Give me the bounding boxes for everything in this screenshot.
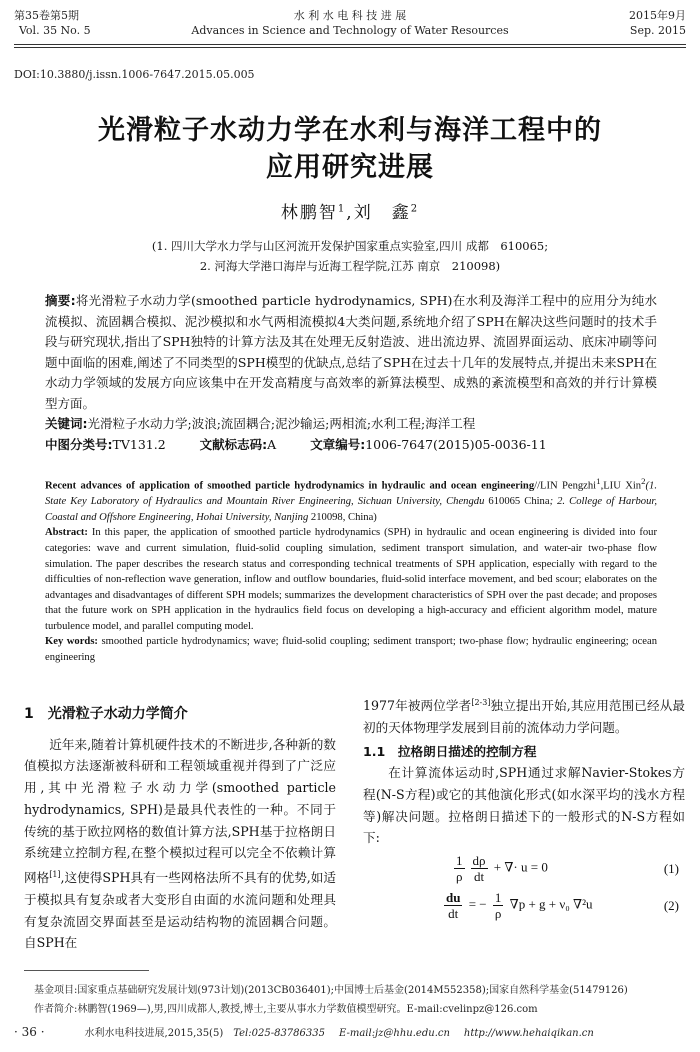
header-journal-cn: 水 利 水 电 科 技 进 展 [0,8,700,23]
doi: DOI:10.3880/j.issn.1006-7647.2015.05.005 [14,68,255,81]
author-separator: , [346,203,353,223]
paragraph-intro-text: 近年来,随着计算机硬件技术的不断进步,各种新的数值模拟方法逐渐被科研和工程领域重… [24,737,336,885]
subsection-title: 拉格朗日描述的控制方程 [398,744,537,759]
en-abstract-label: Abstract: [45,527,88,538]
en-affil-2-zip: 210098, China) [311,512,377,523]
abstract-cn: 摘要:将光滑粒子水动力学(smoothed particle hydrodyna… [45,291,657,414]
footnote-funding: 基金项目:国家重点基础研究发展计划(973计划)(2013CB036401);中… [34,983,628,998]
section-1-heading: 1 光滑粒子水动力学简介 [24,704,336,726]
subsection-1-1-heading: 1.1 拉格朗日描述的控制方程 [363,741,685,763]
keywords-cn-text: 光滑粒子水动力学;波浪;流固耦合;泥沙输运;两相流;水利工程;海洋工程 [88,416,476,431]
classification-row: 中图分类号:TV131.2 文献标志码:A 文章编号:1006-7647(201… [45,435,657,456]
paragraph-intro: 近年来,随着计算机硬件技术的不断进步,各种新的数值模拟方法逐渐被科研和工程领域重… [24,734,336,954]
doc-code: 文献标志码:A [200,435,277,456]
title-line-1: 光滑粒子水动力学在水利与海洋工程中的 [0,112,700,149]
paragraph-intro-cont: ,这使得SPH具有一些网格法所不具有的优势,如适于模拟具有复杂或者大变形自由面的… [24,870,336,950]
header-date: 2015年9月 Sep. 2015 [629,8,686,38]
footer-tel: Tel:025-83786335 [233,1028,325,1039]
clc-value: TV131.2 [113,437,166,452]
section-1-title: 光滑粒子水动力学简介 [48,706,188,722]
citation-2-3[interactable]: [2-3] [471,698,490,707]
en-abstract: Abstract: In this paper, the application… [45,525,657,634]
section-1-number: 1 [24,706,34,722]
affiliations: (1. 四川大学水力学与山区河流开发保护国家重点实验室,四川 成都 610065… [0,236,700,276]
article-no: 文章编号:1006-7647(2015)05-0036-11 [310,435,546,456]
clc: 中图分类号:TV131.2 [45,435,166,456]
title-line-2: 应用研究进展 [0,149,700,186]
equation-1: 1ρdρdt + ∇· u = 0 (1) [363,853,685,884]
header-date-en: Sep. 2015 [629,23,686,38]
equation-2-rest: ∇p + g + ν₀ ∇²u [510,897,593,912]
paper-title: 光滑粒子水动力学在水利与海洋工程中的 应用研究进展 [0,112,700,186]
equation-1-rest: + ∇· u = 0 [494,860,548,875]
header-rule-bottom [14,47,686,48]
header-journal-en: Advances in Science and Technology of Wa… [0,23,700,38]
keywords-cn-label: 关键词: [45,416,88,431]
header-date-cn: 2015年9月 [629,8,686,23]
doc-code-label: 文献标志码: [200,437,268,452]
affiliation-2: 2. 河海大学港口海岸与近海工程学院,江苏 南京 210098) [0,256,700,276]
chinese-abstract: 摘要:将光滑粒子水动力学(smoothed particle hydrodyna… [45,291,657,455]
equation-2-number: (2) [664,895,685,917]
body-right-column: 1977年被两位学者[2-3]独立提出开始,其应用范围已经从最初的天体物理学发展… [363,692,685,921]
paragraph-history-text: 1977年被两位学者 [363,698,471,713]
equation-2: dudt = − 1ρ ∇p + g + ν₀ ∇²u (2) [363,890,685,921]
header-journal: 水 利 水 电 科 技 进 展 Advances in Science and … [0,8,700,38]
equation-2-body: dudt = − 1ρ ∇p + g + ν₀ ∇²u [441,890,593,921]
citation-1[interactable]: [1] [49,870,60,879]
footer-url[interactable]: http://www.hehaiqikan.cn [464,1028,594,1039]
en-title: Recent advances of application of smooth… [45,481,534,492]
en-author-2: ,LIU Xin [601,481,642,492]
english-abstract: Recent advances of application of smooth… [45,474,657,666]
author-2: 刘 鑫 [354,203,411,223]
authors: 林鹏智1,刘 鑫2 [0,198,700,223]
page-footer: · 36 · 水利水电科技进展,2015,35(5) Tel:025-83786… [14,1024,594,1039]
affiliation-1: (1. 四川大学水力学与山区河流开发保护国家重点实验室,四川 成都 610065… [0,236,700,256]
article-no-label: 文章编号: [310,437,365,452]
header-rule-top [14,44,686,45]
paragraph-ns: 在计算流体运动时,SPH通过求解Navier-Stokes方程(N-S方程)或它… [363,762,685,849]
en-abstract-text: In this paper, the application of smooth… [45,527,657,632]
author-1: 林鹏智 [281,203,338,223]
en-affil-1-zip: 610065 China [488,496,549,507]
en-keywords-label: Key words: [45,636,98,647]
keywords-cn: 关键词:光滑粒子水动力学;波浪;流固耦合;泥沙输运;两相流;水利工程;海洋工程 [45,414,657,435]
en-title-authors: Recent advances of application of smooth… [45,474,657,525]
footer-journal: 水利水电科技进展,2015,35(5) [85,1024,224,1039]
subsection-number: 1.1 [363,744,385,759]
paragraph-history: 1977年被两位学者[2-3]独立提出开始,其应用范围已经从最初的天体物理学发展… [363,692,685,739]
clc-label: 中图分类号: [45,437,113,452]
en-author-1: //LIN Pengzhi [534,481,596,492]
footer-email[interactable]: E-mail:jz@hhu.edu.cn [339,1028,450,1039]
equation-1-body: 1ρdρdt + ∇· u = 0 [451,853,548,884]
body-left-column: 1 光滑粒子水动力学简介 近年来,随着计算机硬件技术的不断进步,各种新的数值模拟… [24,704,336,954]
en-keywords: Key words: smoothed particle hydrodynami… [45,634,657,665]
article-no-value: 1006-7647(2015)05-0036-11 [365,437,546,452]
en-keywords-text: smoothed particle hydrodynamics; wave; f… [45,636,657,663]
footnote-rule [24,970,149,971]
equation-1-number: (1) [664,858,685,880]
abstract-cn-text: 将光滑粒子水动力学(smoothed particle hydrodynamic… [45,293,657,411]
footnote-author-bio: 作者简介:林鹏智(1969—),男,四川成都人,教授,博士,主要从事水力学数值模… [34,1002,538,1017]
page-number: · 36 · [14,1025,45,1039]
author-2-affil: 2 [411,203,419,214]
abstract-cn-label: 摘要: [45,293,76,308]
doc-code-value: A [267,437,276,452]
